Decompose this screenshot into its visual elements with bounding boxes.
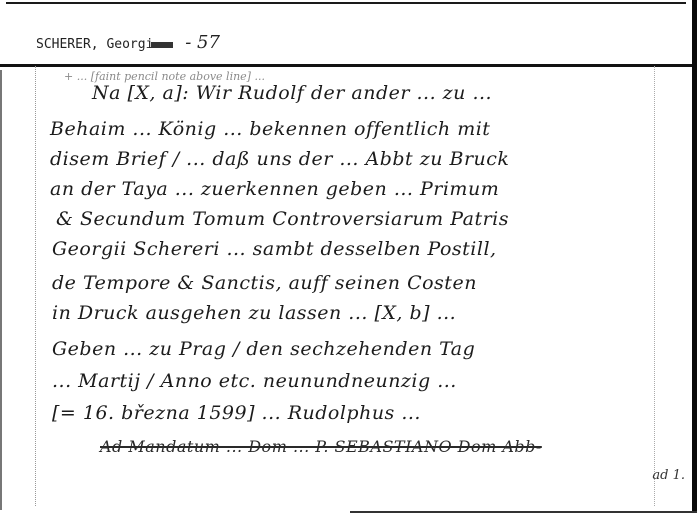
header-divider xyxy=(0,64,692,67)
text-line: disem Brief / ... daß uns der ... Abbt z… xyxy=(50,148,509,170)
text-line: Georgii Schereri ... sambt desselben Pos… xyxy=(52,238,497,260)
text-line: de Tempore & Sanctis, auff seinen Costen xyxy=(52,272,477,294)
text-line: ... Martij / Anno etc. neunundneunzig ..… xyxy=(52,370,457,392)
ink-smudge xyxy=(151,42,173,48)
corner-note: ad 1. xyxy=(652,468,685,483)
text-line: in Druck ausgehen zu lassen ... [X, b] .… xyxy=(52,302,456,324)
card-number: - 57 xyxy=(185,32,220,53)
left-margin-line xyxy=(35,66,36,506)
card-left-edge xyxy=(0,70,2,510)
card-top-edge xyxy=(6,2,686,4)
right-margin-line xyxy=(654,66,655,506)
typed-name: SCHERER, Georgi xyxy=(36,37,153,52)
text-line: [= 16. března 1599] ... Rudolphus ... xyxy=(52,402,421,424)
struck-through-line: Ad Mandatum ... Dom ... P. SEBASTIANO Do… xyxy=(100,437,542,456)
text-line: Na [X, a]: Wir Rudolf der ander ... zu .… xyxy=(92,82,492,104)
text-line: & Secundum Tomum Controversiarum Patris xyxy=(56,208,509,230)
card-header: SCHERER, Georgi - 57 xyxy=(36,32,220,53)
text-line: Behaim ... König ... bekennen offentlich… xyxy=(50,118,490,140)
index-card: SCHERER, Georgi - 57 + ... [faint pencil… xyxy=(0,0,697,513)
text-line: an der Taya ... zuerkennen geben ... Pri… xyxy=(50,178,499,200)
card-right-edge xyxy=(692,0,697,513)
text-line: Geben ... zu Prag / den sechzehenden Tag xyxy=(52,338,475,360)
